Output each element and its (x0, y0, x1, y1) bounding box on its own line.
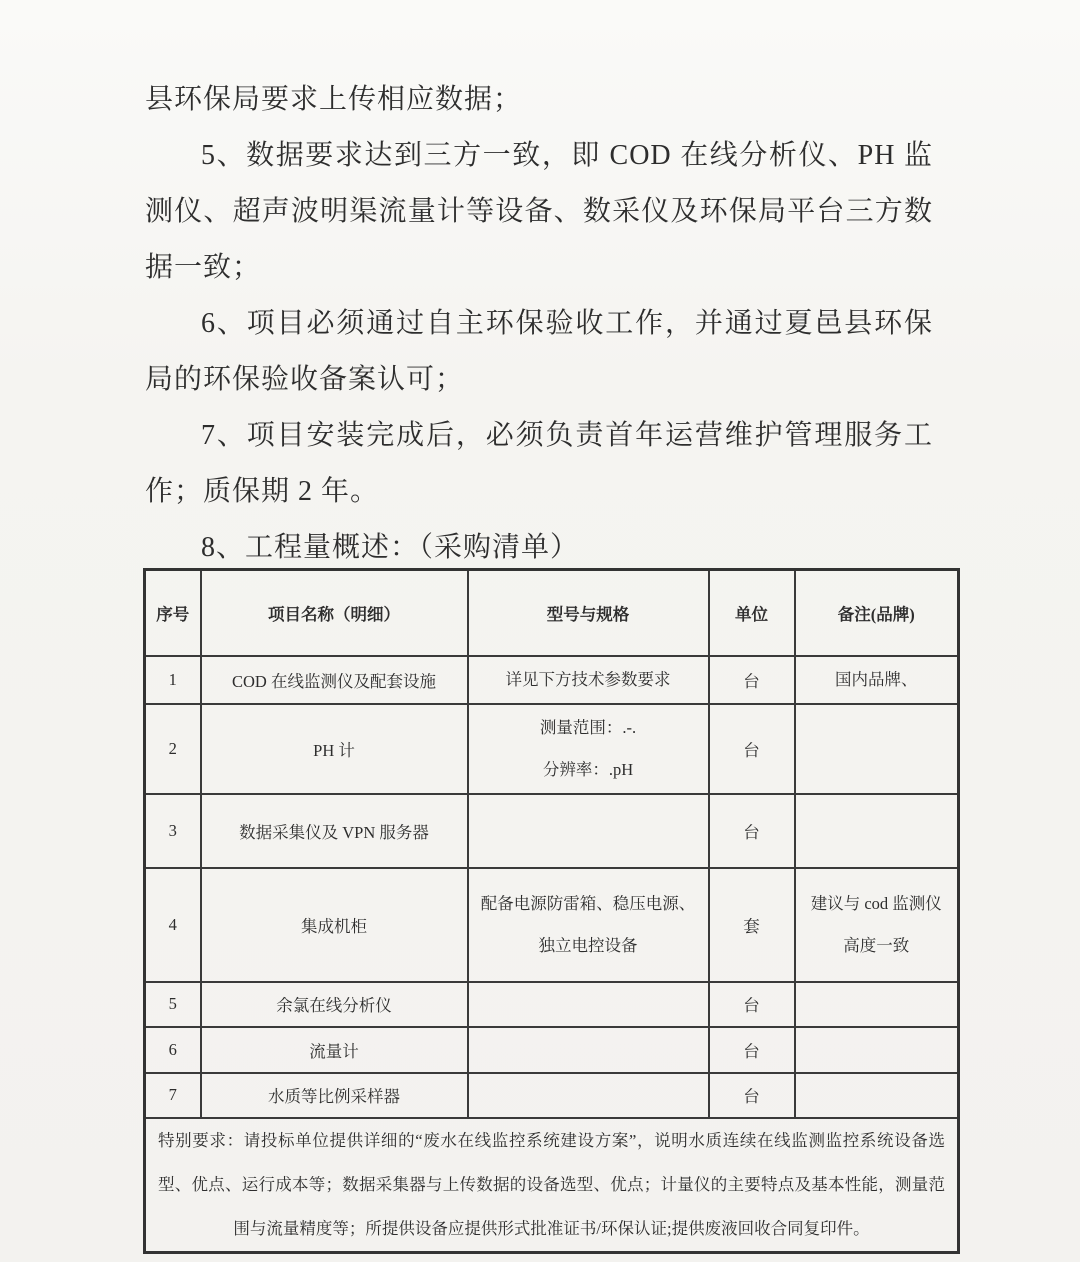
cell-item-name: COD 在线监测仪及配套设施 (201, 656, 468, 704)
cell-unit: 台 (709, 1073, 795, 1118)
cell-remark (795, 704, 959, 794)
cell-model-spec: 配备电源防雷箱、稳压电源、 独立电控设备 (468, 868, 709, 982)
cell-unit: 台 (709, 982, 795, 1027)
cell-item-name: 余氯在线分析仪 (201, 982, 468, 1027)
cell-serial-no: 5 (145, 982, 201, 1027)
cell-item-name: 集成机柜 (201, 868, 468, 982)
table-header-row: 序号 项目名称（明细） 型号与规格 单位 备注(品牌) (145, 570, 959, 656)
cell-item-name: 水质等比例采样器 (201, 1073, 468, 1118)
cell-remark (795, 794, 959, 868)
cell-model-spec (468, 1073, 709, 1118)
body-text-block: 县环保局要求上传相应数据； 5、数据要求达到三方一致，即 COD 在线分析仪、P… (145, 72, 933, 576)
cell-serial-no: 1 (145, 656, 201, 704)
cell-item-name: PH 计 (201, 704, 468, 794)
special-requirements-row: 特别要求：请投标单位提供详细的“废水在线监控系统建设方案”，说明水质连续在线监测… (145, 1118, 959, 1253)
cell-unit: 台 (709, 1027, 795, 1073)
cell-serial-no: 2 (145, 704, 201, 794)
purchase-list-table: 序号 项目名称（明细） 型号与规格 单位 备注(品牌) 1 COD 在线监测仪及… (143, 568, 960, 1254)
cell-unit: 套 (709, 868, 795, 982)
table-row: 6 流量计 台 (145, 1027, 959, 1073)
cell-remark (795, 1027, 959, 1073)
cell-unit: 台 (709, 704, 795, 794)
cell-remark: 国内品牌、 (795, 656, 959, 704)
column-header-unit: 单位 (709, 570, 795, 656)
column-header-remark-brand: 备注(品牌) (795, 570, 959, 656)
table-row: 4 集成机柜 配备电源防雷箱、稳压电源、 独立电控设备 套 建议与 cod 监测… (145, 868, 959, 982)
cell-item-name: 流量计 (201, 1027, 468, 1073)
paragraph-item-7: 7、项目安装完成后，必须负责首年运营维护管理服务工作；质保期 2 年。 (145, 408, 933, 520)
cell-serial-no: 6 (145, 1027, 201, 1073)
cell-unit: 台 (709, 794, 795, 868)
cell-serial-no: 7 (145, 1073, 201, 1118)
column-header-item-name: 项目名称（明细） (201, 570, 468, 656)
cell-remark (795, 1073, 959, 1118)
table-row: 3 数据采集仪及 VPN 服务器 台 (145, 794, 959, 868)
cell-model-spec: 测量范围：.-. 分辨率：.pH (468, 704, 709, 794)
column-header-model-spec: 型号与规格 (468, 570, 709, 656)
cell-model-spec (468, 1027, 709, 1073)
cell-model-spec (468, 794, 709, 868)
cell-unit: 台 (709, 656, 795, 704)
column-header-serial-no: 序号 (145, 570, 201, 656)
table-row: 2 PH 计 测量范围：.-. 分辨率：.pH 台 (145, 704, 959, 794)
table-row: 7 水质等比例采样器 台 (145, 1073, 959, 1118)
paragraph-item-5: 5、数据要求达到三方一致，即 COD 在线分析仪、PH 监测仪、超声波明渠流量计… (145, 128, 933, 296)
paragraph-item-6: 6、项目必须通过自主环保验收工作，并通过夏邑县环保局的环保验收备案认可； (145, 296, 933, 408)
cell-remark (795, 982, 959, 1027)
paragraph-continuation: 县环保局要求上传相应数据； (145, 72, 933, 128)
cell-serial-no: 3 (145, 794, 201, 868)
table-row: 1 COD 在线监测仪及配套设施 详见下方技术参数要求 台 国内品牌、 (145, 656, 959, 704)
cell-model-spec: 详见下方技术参数要求 (468, 656, 709, 704)
cell-serial-no: 4 (145, 868, 201, 982)
cell-item-name: 数据采集仪及 VPN 服务器 (201, 794, 468, 868)
cell-model-spec (468, 982, 709, 1027)
cell-remark: 建议与 cod 监测仪 高度一致 (795, 868, 959, 982)
table-row: 5 余氯在线分析仪 台 (145, 982, 959, 1027)
special-requirements-text: 特别要求：请投标单位提供详细的“废水在线监控系统建设方案”，说明水质连续在线监测… (145, 1118, 959, 1253)
document-page: 县环保局要求上传相应数据； 5、数据要求达到三方一致，即 COD 在线分析仪、P… (0, 0, 1080, 1262)
